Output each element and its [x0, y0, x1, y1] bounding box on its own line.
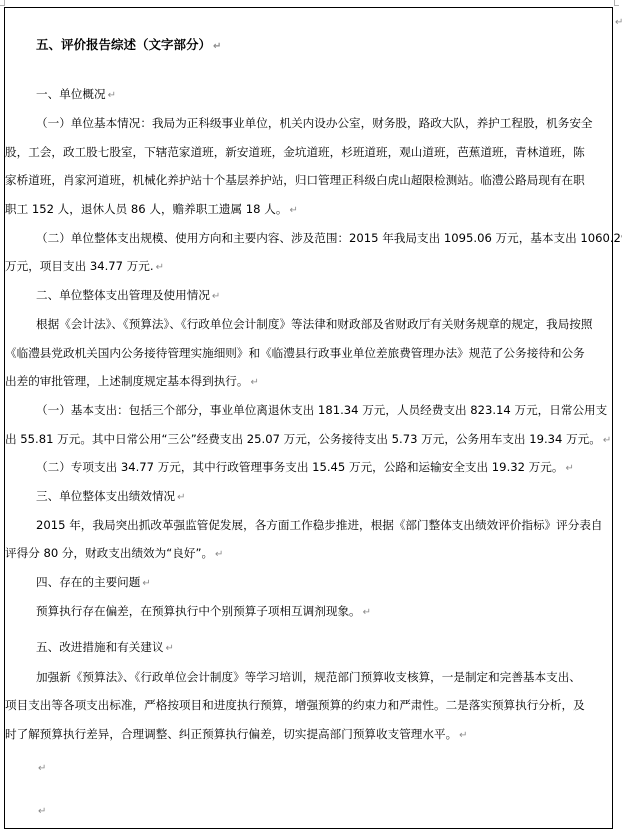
- line-text: 家桥道班，肖家河道班，机械化养护站十个基层养护站，归口管理正科级白虎山超限检测站…: [5, 173, 585, 187]
- text-line: （二）单位整体支出规模、使用方向和主要内容、涉及范围：2015 年我局支出 10…: [36, 230, 622, 246]
- text-line: 四、存在的主要问题↵: [36, 574, 151, 592]
- text-line: 《临澧县党政机关国内公务接待管理实施细则》和《临澧县行政事业单位差旅费管理办法》…: [5, 345, 585, 361]
- line-text: 三、单位整体支出绩效情况: [36, 489, 175, 503]
- text-line: 预算执行存在偏差，在预算执行中个别预算子项相互调剂现象。↵: [36, 603, 371, 621]
- paragraph-mark-icon: ↵: [603, 435, 611, 446]
- paragraph-mark-icon: ↵: [166, 643, 174, 654]
- paragraph-mark-icon: ↵: [459, 730, 467, 741]
- text-line: 二、单位整体支出管理及使用情况↵: [36, 287, 220, 305]
- paragraph-mark-icon: ↵: [289, 205, 297, 216]
- text-line: 2015 年，我局突出抓改革强监管促发展，各方面工作稳步推进，根据《部门整体支出…: [36, 517, 603, 533]
- text-line: 出差的审批管理，上述制度规定基本得到执行。↵: [5, 373, 259, 391]
- paragraph-mark-icon: ↵: [177, 492, 185, 503]
- text-line: 一、单位概况↵: [36, 86, 116, 104]
- line-text: （二）单位整体支出规模、使用方向和主要内容、涉及范围：2015 年我局支出 10…: [36, 231, 622, 245]
- line-text: 一、单位概况: [36, 87, 106, 101]
- text-line: 根据《会计法》、《预算法》、《行政单位会计制度》等法律和财政部及省财政厅有关财务…: [36, 316, 593, 332]
- line-text: （一）基本支出：包括三个部分，事业单位离退休支出 181.34 万元，人员经费支…: [36, 403, 607, 417]
- text-line: 职工 152 人，退休人员 86 人，赡养职工遗属 18 人。↵: [5, 201, 298, 219]
- empty-paragraph-mark-icon: ↵: [38, 763, 46, 774]
- paragraph-mark-icon: ↵: [363, 607, 371, 618]
- paragraph-mark-icon: ↵: [156, 262, 164, 273]
- paragraph-mark-icon: ↵: [250, 377, 258, 388]
- line-text: 万元，项目支出 34.77 万元.: [5, 259, 154, 273]
- line-text: 2015 年，我局突出抓改革强监管促发展，各方面工作稳步推进，根据《部门整体支出…: [36, 518, 603, 532]
- heading-text: 五、评价报告综述（文字部分）: [36, 37, 211, 52]
- line-text: 职工 152 人，退休人员 86 人，赡养职工遗属 18 人。: [5, 202, 287, 216]
- empty-paragraph-mark-icon: ↵: [38, 806, 46, 817]
- text-line: 加强新《预算法》、《行政单位会计制度》等学习培训，规范部门预算收支核算，一是制定…: [36, 669, 581, 685]
- line-text: 出差的审批管理，上述制度规定基本得到执行。: [5, 374, 248, 388]
- paragraph-mark-icon: ↵: [108, 90, 116, 101]
- paragraph-mark-icon: ↵: [213, 41, 221, 52]
- text-line: 万元，项目支出 34.77 万元.↵: [5, 258, 164, 276]
- text-line: 出 55.81 万元。其中日常公用“三公”经费支出 25.07 万元，公务接待支…: [5, 431, 611, 449]
- paragraph-mark-icon: ↵: [212, 291, 220, 302]
- paragraph-mark-icon: ↵: [615, 17, 622, 28]
- line-text: 加强新《预算法》、《行政单位会计制度》等学习培训，规范部门预算收支核算，一是制定…: [36, 670, 581, 684]
- line-text: 根据《会计法》、《预算法》、《行政单位会计制度》等法律和财政部及省财政厅有关财务…: [36, 317, 593, 331]
- line-text: （一）单位基本情况：我局为正科级事业单位，机关内设办公室，财务股，路政大队，养护…: [36, 116, 593, 130]
- text-line: 三、单位整体支出绩效情况↵: [36, 488, 186, 506]
- document-heading: 五、评价报告综述（文字部分）↵: [36, 37, 221, 55]
- crop-mark-top-right: [614, 0, 619, 6]
- text-line: （一）基本支出：包括三个部分，事业单位离退休支出 181.34 万元，人员经费支…: [36, 402, 607, 418]
- text-line: 家桥道班，肖家河道班，机械化养护站十个基层养护站，归口管理正科级白虎山超限检测站…: [5, 172, 585, 188]
- line-text: 出 55.81 万元。其中日常公用“三公”经费支出 25.07 万元，公务接待支…: [5, 432, 601, 446]
- line-text: 时了解预算执行差异，合理调整、纠正预算执行偏差，切实提高部门预算收支管理水平。: [5, 727, 457, 741]
- line-text: 《临澧县党政机关国内公务接待管理实施细则》和《临澧县行政事业单位差旅费管理办法》…: [5, 346, 585, 360]
- paragraph-mark-icon: ↵: [215, 549, 223, 560]
- line-text: 项目支出等各项支出标准，严格按项目和进度执行预算，增强预算的约束力和严肃性。二是…: [5, 698, 585, 712]
- line-text: 四、存在的主要问题: [36, 575, 140, 589]
- line-text: 评得分 80 分，财政支出绩效为“良好”。: [5, 546, 213, 560]
- line-text: 二、单位整体支出管理及使用情况: [36, 288, 210, 302]
- text-line: 评得分 80 分，财政支出绩效为“良好”。↵: [5, 545, 223, 563]
- text-line: 五、改进措施和有关建议↵: [36, 639, 174, 657]
- text-line: 股，工会，政工股七股室，下辖范家道班，新安道班，金坑道班，杉班道班，观山道班，芭…: [5, 144, 585, 160]
- line-text: 五、改进措施和有关建议: [36, 640, 164, 654]
- paragraph-mark-icon: ↵: [142, 578, 150, 589]
- paragraph-mark-icon: ↵: [565, 463, 573, 474]
- text-line: 项目支出等各项支出标准，严格按项目和进度执行预算，增强预算的约束力和严肃性。二是…: [5, 697, 585, 713]
- line-text: 股，工会，政工股七股室，下辖范家道班，新安道班，金坑道班，杉班道班，观山道班，芭…: [5, 145, 585, 159]
- line-text: 预算执行存在偏差，在预算执行中个别预算子项相互调剂现象。: [36, 604, 361, 618]
- line-text: （二）专项支出 34.77 万元，其中行政管理事务支出 15.45 万元，公路和…: [36, 460, 563, 474]
- crop-mark-top-left: [0, 0, 5, 6]
- text-line: （二）专项支出 34.77 万元，其中行政管理事务支出 15.45 万元，公路和…: [36, 459, 574, 477]
- text-line: 时了解预算执行差异，合理调整、纠正预算执行偏差，切实提高部门预算收支管理水平。↵: [5, 726, 468, 744]
- text-line: （一）单位基本情况：我局为正科级事业单位，机关内设办公室，财务股，路政大队，养护…: [36, 115, 593, 131]
